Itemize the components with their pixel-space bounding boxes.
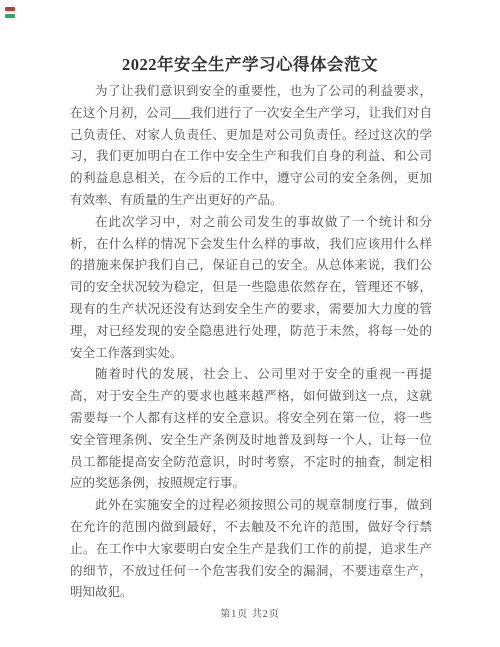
paragraph: 此外在实施安全的过程必须按照公司的规章制度行事，做到在允许的范围内做到最好，不去… [70,495,432,604]
document-title: 2022年安全生产学习心得体会范文 [0,51,500,75]
logo-bar-green [5,14,15,18]
paragraph: 为了让我们意识到安全的重要性，也为了公司的利益要求，在这个月初，公司___我们进… [70,81,432,212]
logo-bar-red [5,7,15,11]
document-page: 2022年安全生产学习心得体会范文 为了让我们意识到安全的重要性，也为了公司的利… [0,0,500,647]
site-logo-icon [5,7,16,23]
page-number-footer: 第1页 共2页 [0,605,500,620]
document-body: 为了让我们意识到安全的重要性，也为了公司的利益要求，在这个月初，公司___我们进… [70,81,432,604]
paragraph: 在此次学习中，对之前公司发生的事故做了一个统计和分析，在什么样的情况下会发生什么… [70,212,432,365]
paragraph: 随着时代的发展，社会上、公司里对于安全的重视一再提高，对于安全生产的要求也越来越… [70,364,432,495]
